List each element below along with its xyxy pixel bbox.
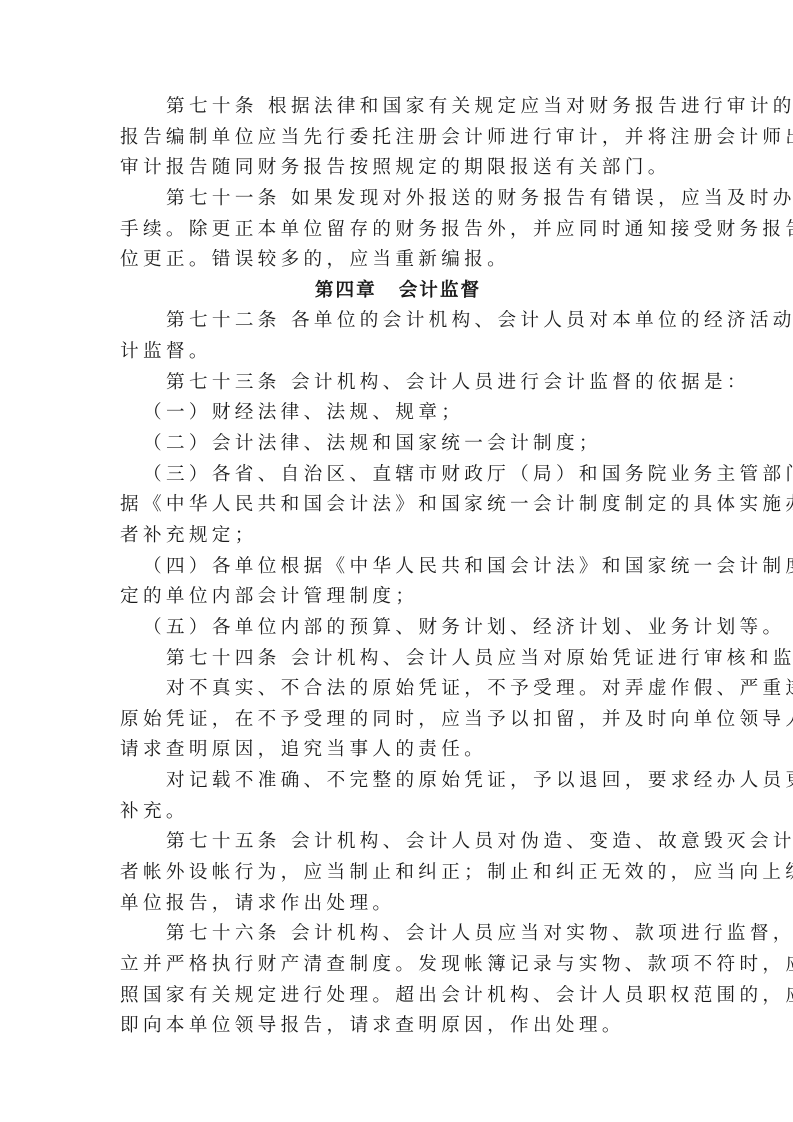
text-line: 报告编制单位应当先行委托注册会计师进行审计，并将注册会计师出具的 [120, 123, 676, 154]
text-line: 审计报告随同财务报告按照规定的期限报送有关部门。 [120, 153, 676, 184]
text-line: 补充。 [120, 797, 676, 828]
article-70: 第七十条 根据法律和国家有关规定应当对财务报告进行审计的，财务 报告编制单位应当… [120, 92, 676, 184]
text-line: 第七十条 根据法律和国家有关规定应当对财务报告进行审计的，财务 [120, 92, 676, 123]
text-line: 照国家有关规定进行处理。超出会计机构、会计人员职权范围的，应当立 [120, 981, 676, 1012]
text-line: 第七十六条 会计机构、会计人员应当对实物、款项进行监督，督促建 [120, 919, 676, 950]
article-73: 第七十三条 会计机构、会计人员进行会计监督的依据是： （一）财经法律、法规、规章… [120, 368, 676, 644]
text-line: 第七十二条 各单位的会计机构、会计人员对本单位的经济活动进行会 [120, 306, 676, 337]
text-line: 者补充规定； [120, 521, 676, 552]
list-item: （五）各单位内部的预算、财务计划、经济计划、业务计划等。 [120, 613, 676, 644]
text-line: 对记载不准确、不完整的原始凭证，予以退回，要求经办人员更正、 [120, 766, 676, 797]
article-76: 第七十六条 会计机构、会计人员应当对实物、款项进行监督，督促建 立并严格执行财产… [120, 919, 676, 1042]
text-line: 第七十一条 如果发现对外报送的财务报告有错误，应当及时办理更正 [120, 184, 676, 215]
article-72: 第七十二条 各单位的会计机构、会计人员对本单位的经济活动进行会 计监督。 [120, 306, 676, 367]
chapter-heading: 第四章会计监督 [120, 276, 676, 307]
list-item: （四）各单位根据《中华人民共和国会计法》和国家统一会计制度制 [120, 552, 676, 583]
text-line: 位更正。错误较多的，应当重新编报。 [120, 245, 676, 276]
list-item: （三）各省、自治区、直辖市财政厅（局）和国务院业务主管部门根 [120, 460, 676, 491]
article-74: 第七十四条 会计机构、会计人员应当对原始凭证进行审核和监督。 对不真实、不合法的… [120, 644, 676, 828]
text-line: 计监督。 [120, 337, 676, 368]
text-line: 第七十五条 会计机构、会计人员对伪造、变造、故意毁灭会计帐簿或 [120, 827, 676, 858]
text-line: 手续。除更正本单位留存的财务报告外，并应同时通知接受财务报告的单 [120, 215, 676, 246]
article-71: 第七十一条 如果发现对外报送的财务报告有错误，应当及时办理更正 手续。除更正本单… [120, 184, 676, 276]
document-page: 第七十条 根据法律和国家有关规定应当对财务报告进行审计的，财务 报告编制单位应当… [120, 92, 676, 1042]
chapter-title: 会计监督 [399, 280, 481, 301]
text-line: 立并严格执行财产清查制度。发现帐簿记录与实物、款项不符时，应当按 [120, 950, 676, 981]
article-75: 第七十五条 会计机构、会计人员对伪造、变造、故意毁灭会计帐簿或 者帐外设帐行为，… [120, 827, 676, 919]
text-line: 第七十四条 会计机构、会计人员应当对原始凭证进行审核和监督。 [120, 644, 676, 675]
list-item: （一）财经法律、法规、规章； [120, 398, 676, 429]
text-line: 定的单位内部会计管理制度； [120, 582, 676, 613]
text-line: 请求查明原因，追究当事人的责任。 [120, 735, 676, 766]
text-line: 原始凭证，在不予受理的同时，应当予以扣留，并及时向单位领导人报告， [120, 705, 676, 736]
text-line: 者帐外设帐行为，应当制止和纠正；制止和纠正无效的，应当向上级主管 [120, 858, 676, 889]
text-line: 即向本单位领导报告，请求查明原因，作出处理。 [120, 1011, 676, 1042]
text-line: 第七十三条 会计机构、会计人员进行会计监督的依据是： [120, 368, 676, 399]
text-line: 据《中华人民共和国会计法》和国家统一会计制度制定的具体实施办法或 [120, 490, 676, 521]
chapter-number: 第四章 [315, 280, 377, 301]
text-line: 单位报告，请求作出处理。 [120, 889, 676, 920]
list-item: （二）会计法律、法规和国家统一会计制度； [120, 429, 676, 460]
text-line: 对不真实、不合法的原始凭证，不予受理。对弄虚作假、严重违法的 [120, 674, 676, 705]
